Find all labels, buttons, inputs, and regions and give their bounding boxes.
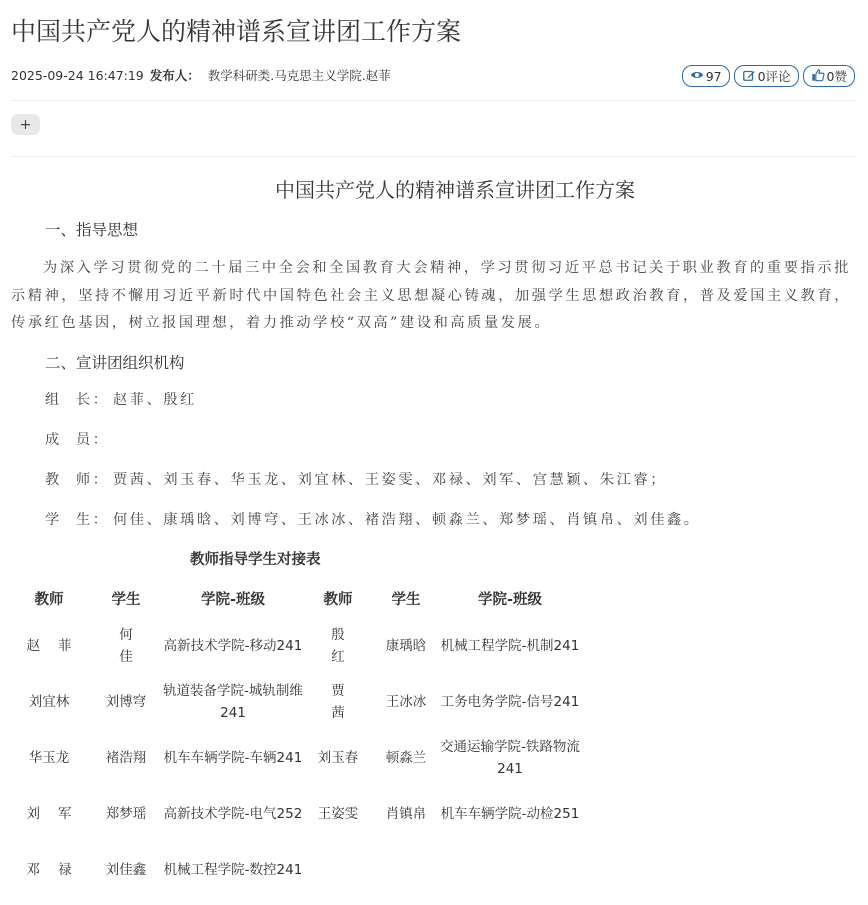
members-label: 成 员： [45,429,113,449]
likes-count: 0赞 [827,67,847,85]
college-class-cell: 工务电务学院-信号241 [440,674,580,730]
student-cell: 王冰冰 [372,674,440,730]
table-row: 赵菲 何佳 高新技术学院-移动241 殷红 康瑀晗 机械工程学院-机制241 [8,618,580,674]
teacher-cell: 华玉龙 [8,730,90,786]
college-class-cell [440,842,580,898]
student-cell [372,842,440,898]
table-row: 刘宜林 刘博穹 轨道装备学院-城轨制维241 贾茜 王冰冰 工务电务学院-信号2… [8,674,580,730]
college-class-cell: 高新技术学院-电气252 [162,786,304,842]
student-cell: 顿淼兰 [372,730,440,786]
comments-button[interactable]: 0评论 [734,65,799,87]
eye-icon [690,68,704,85]
table-row: 刘军 郑梦瑶 高新技术学院-电气252 王姿雯 肖镇帛 机车车辆学院-动检251 [8,786,580,842]
leader-value: 赵菲、殷红 [113,392,197,408]
guiding-ideology-paragraph: 为深入学习贯彻党的二十届三中全会和全国教育大会精神，学习贯彻习近平总书记关于职业… [11,255,851,338]
expand-button[interactable]: + [11,114,40,135]
college-class-cell: 机械工程学院-机制241 [440,618,580,674]
post-datetime: 2025-09-24 16:47:19 [11,68,144,83]
table-row: 华玉龙 褚浩翔 机车车辆学院-车辆241 刘玉春 顿淼兰 交通运输学院-铁路物流… [8,730,580,786]
college-class-cell: 机车车辆学院-车辆241 [162,730,304,786]
comments-count: 0评论 [758,67,791,85]
teacher-cell: 贾茜 [304,674,372,730]
pairing-table: 教师 学生 学院-班级 教师 学生 学院-班级 赵菲 何佳 高新技术学院-移动2… [8,578,580,898]
thumbs-up-icon [811,68,825,85]
header-college-class: 学院-班级 [162,578,304,618]
document-title: 中国共产党人的精神谱系宣讲团工作方案 [0,174,868,203]
teacher-cell [304,842,372,898]
students-line: 学 生：何佳、康瑀晗、刘博穹、王冰冰、褚浩翔、顿淼兰、郑梦瑶、肖镇帛、刘佳鑫。 [45,509,701,529]
post-stats: 97 0评论 0赞 [682,65,855,87]
student-cell: 刘佳鑫 [90,842,162,898]
header-student: 学生 [372,578,440,618]
students-value: 何佳、康瑀晗、刘博穹、王冰冰、褚浩翔、顿淼兰、郑梦瑶、肖镇帛、刘佳鑫。 [113,512,701,528]
teacher-cell: 邓禄 [8,842,90,898]
student-cell: 康瑀晗 [372,618,440,674]
section-heading-guiding-ideology: 一、指导思想 [45,218,138,240]
college-class-cell: 机车车辆学院-动检251 [440,786,580,842]
teacher-cell: 殷红 [304,618,372,674]
student-cell: 褚浩翔 [90,730,162,786]
page-title: 中国共产党人的精神谱系宣讲团工作方案 [11,12,461,48]
student-cell: 何佳 [90,618,162,674]
table-row: 邓禄 刘佳鑫 机械工程学院-数控241 [8,842,580,898]
header-college-class: 学院-班级 [440,578,580,618]
students-label: 学 生： [45,509,113,529]
teachers-value: 贾茜、刘玉春、华玉龙、刘宜林、王姿雯、邓禄、刘军、宫慧颖、朱江睿； [113,472,667,488]
edit-icon [742,68,756,85]
leader-label: 组 长： [45,389,113,409]
like-button[interactable]: 0赞 [803,65,855,87]
pairing-table-title: 教师指导学生对接表 [190,548,321,569]
divider [11,100,855,101]
student-cell: 刘博穹 [90,674,162,730]
teacher-cell: 刘宜林 [8,674,90,730]
divider [11,156,855,157]
header-teacher: 教师 [8,578,90,618]
teachers-label: 教 师： [45,469,113,489]
teachers-line: 教 师：贾茜、刘玉春、华玉龙、刘宜林、王姿雯、邓禄、刘军、宫慧颖、朱江睿； [45,469,667,489]
leader-line: 组 长：赵菲、殷红 [45,389,197,409]
college-class-cell: 交通运输学院-铁路物流241 [440,730,580,786]
members-line: 成 员： [45,429,113,449]
publisher-label: 发布人： [150,68,200,83]
student-cell: 郑梦瑶 [90,786,162,842]
college-class-cell: 机械工程学院-数控241 [162,842,304,898]
teacher-cell: 刘军 [8,786,90,842]
views-badge[interactable]: 97 [682,65,730,87]
post-meta: 2025-09-24 16:47:19 发布人： 教学科研类.马克思主义学院.赵… [11,66,391,84]
table-header-row: 教师 学生 学院-班级 教师 学生 学院-班级 [8,578,580,618]
teacher-cell: 赵菲 [8,618,90,674]
header-student: 学生 [90,578,162,618]
teacher-cell: 刘玉春 [304,730,372,786]
college-class-cell: 高新技术学院-移动241 [162,618,304,674]
teacher-cell: 王姿雯 [304,786,372,842]
views-count: 97 [706,69,722,84]
college-class-cell: 轨道装备学院-城轨制维241 [162,674,304,730]
header-teacher: 教师 [304,578,372,618]
section-heading-organization: 二、宣讲团组织机构 [45,351,185,373]
student-cell: 肖镇帛 [372,786,440,842]
publisher-name: 教学科研类.马克思主义学院.赵菲 [208,68,391,83]
